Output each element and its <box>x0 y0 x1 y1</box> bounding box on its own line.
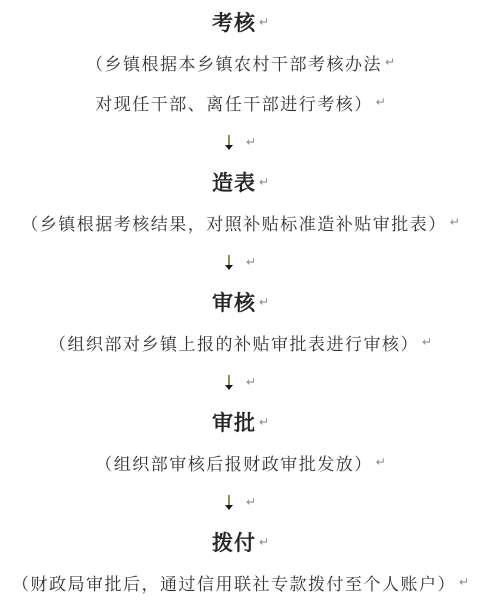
flow-arrow-1: ↵ <box>0 122 481 162</box>
paragraph-mark-icon: ↵ <box>246 496 256 508</box>
paragraph-mark-icon: ↵ <box>246 376 256 388</box>
step-3-caption-1: （组织部对乡镇上报的补贴审批表进行审核） <box>49 330 419 355</box>
paragraph-mark-icon: ↵ <box>376 456 386 468</box>
step-1-caption-2: 对现任干部、离任干部进行考核） <box>95 90 373 115</box>
flow-arrow-4: ↵ <box>0 482 481 522</box>
down-arrow-icon <box>225 495 233 510</box>
down-arrow-stem <box>228 255 230 265</box>
step-2-caption-1: （乡镇根据考核结果，对照补贴标准造补贴审批表） <box>21 210 447 235</box>
step-2-title: 造表 <box>212 167 256 197</box>
paragraph-mark-icon: ↵ <box>246 256 256 268</box>
step-5-caption-line-1: （财政局审批后，通过信用联社专款拨付至个人账户） ↵ <box>0 562 481 602</box>
step-3-caption-line-1: （组织部对乡镇上报的补贴审批表进行审核） ↵ <box>0 322 481 362</box>
paragraph-mark-icon: ↵ <box>376 96 386 108</box>
step-4-title: 审批 <box>212 407 256 437</box>
paragraph-mark-icon: ↵ <box>422 336 432 348</box>
step-1-title: 考核 <box>212 7 256 37</box>
down-arrow-head <box>225 505 233 510</box>
down-arrow-stem <box>228 135 230 145</box>
step-4-title-line: 审批 ↵ <box>0 402 481 442</box>
step-5-title-line: 拨付 ↵ <box>0 522 481 562</box>
step-3-title-line: 审核 ↵ <box>0 282 481 322</box>
paragraph-mark-icon: ↵ <box>259 296 269 308</box>
down-arrow-head <box>225 265 233 270</box>
down-arrow-icon <box>225 255 233 270</box>
down-arrow-stem <box>228 375 230 385</box>
down-arrow-icon <box>225 375 233 390</box>
step-2-caption-line-1: （乡镇根据考核结果，对照补贴标准造补贴审批表） ↵ <box>0 202 481 242</box>
document-page: 考核 ↵ （乡镇根据本乡镇农村干部考核办法 ↵ 对现任干部、离任干部进行考核） … <box>0 0 481 603</box>
paragraph-mark-icon: ↵ <box>259 16 269 28</box>
paragraph-mark-icon: ↵ <box>385 56 395 68</box>
down-arrow-icon <box>225 135 233 150</box>
paragraph-mark-icon: ↵ <box>259 416 269 428</box>
down-arrow-stem <box>228 495 230 505</box>
flow-arrow-3: ↵ <box>0 362 481 402</box>
step-4-caption-line-1: （组织部审核后报财政审批发放） ↵ <box>0 442 481 482</box>
step-2-title-line: 造表 ↵ <box>0 162 481 202</box>
paragraph-mark-icon: ↵ <box>259 536 269 548</box>
step-1-caption-line-1: （乡镇根据本乡镇农村干部考核办法 ↵ <box>0 42 481 82</box>
paragraph-mark-icon: ↵ <box>259 176 269 188</box>
down-arrow-head <box>225 145 233 150</box>
step-5-title: 拨付 <box>212 527 256 557</box>
step-5-caption-1: （财政局审批后，通过信用联社专款拨付至个人账户） <box>12 570 456 595</box>
step-1-caption-1: （乡镇根据本乡镇农村干部考核办法 <box>86 50 382 75</box>
step-1-caption-line-2: 对现任干部、离任干部进行考核） ↵ <box>0 82 481 122</box>
paragraph-mark-icon: ↵ <box>450 216 460 228</box>
flow-arrow-2: ↵ <box>0 242 481 282</box>
paragraph-mark-icon: ↵ <box>246 136 256 148</box>
down-arrow-head <box>225 385 233 390</box>
paragraph-mark-icon: ↵ <box>459 576 469 588</box>
step-4-caption-1: （组织部审核后报财政审批发放） <box>95 450 373 475</box>
step-3-title: 审核 <box>212 287 256 317</box>
step-1-title-line: 考核 ↵ <box>0 2 481 42</box>
